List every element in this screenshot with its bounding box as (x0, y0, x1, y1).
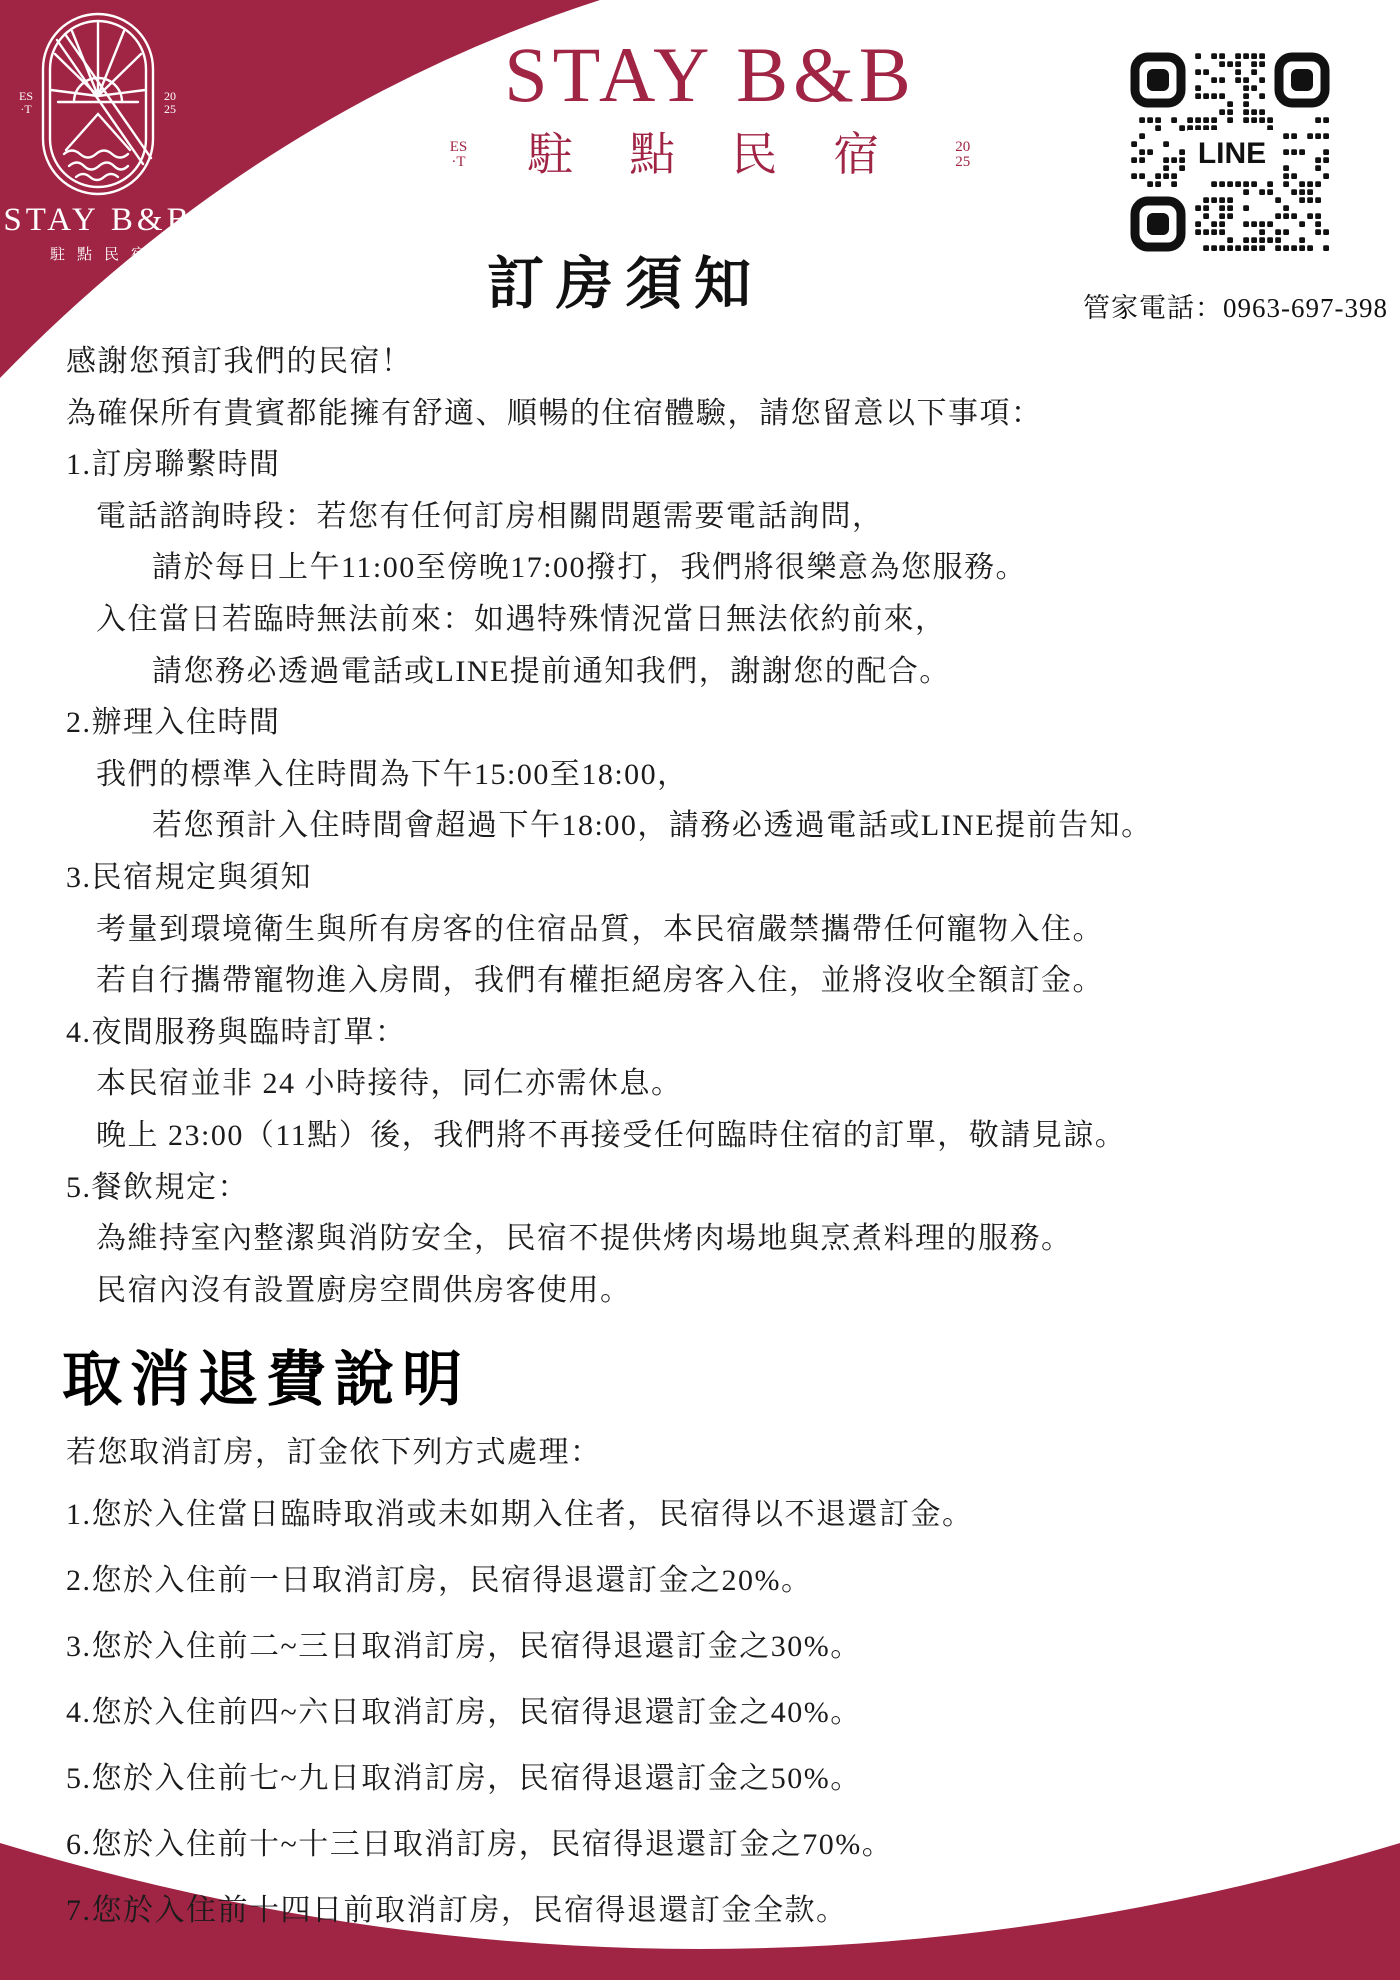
cancellation-item: 3.您於入住前二~三日取消訂房，民宿得退還訂金之30%。 (66, 1618, 1370, 1676)
cancellation-title: 取消退費說明 (62, 1332, 470, 1418)
notice-body: 感謝您預訂我們的民宿！ 為確保所有貴賓都能擁有舒適、順暢的住宿體驗，請您留意以下… (66, 336, 1370, 1316)
qr-code-icon: LINE (1128, 50, 1332, 254)
logo-wordmark: STAY B&B (2, 202, 194, 239)
notice-line: 感謝您預訂我們的民宿！ (66, 336, 1370, 388)
notice-line: 晚上 23:00（11點）後，我們將不再接受任何臨時住宿的訂單，敬請見諒。 (66, 1110, 1370, 1162)
notice-line: 1.訂房聯繫時間 (66, 439, 1370, 491)
line-qr-code: LINE (1128, 50, 1332, 254)
logo-subtitle: 駐點民宿 (2, 243, 194, 264)
cancellation-body: 若您取消訂房，訂金依下列方式處理： 1.您於入住當日臨時取消或未如期入住者，民宿… (66, 1428, 1370, 1940)
notice-line: 為維持室內整潔與消防安全，民宿不提供烤肉場地與烹煮料理的服務。 (66, 1213, 1370, 1265)
brand-subtitle-row: ES ·T 駐點民宿 20 25 (420, 130, 1000, 181)
cancellation-item: 2.您於入住前一日取消訂房，民宿得退還訂金之20%。 (66, 1552, 1370, 1610)
logo-est-top: ES (19, 89, 33, 103)
cancellation-item: 1.您於入住當日臨時取消或未如期入住者，民宿得以不退還訂金。 (66, 1486, 1370, 1544)
notice-line: 3.民宿規定與須知 (66, 852, 1370, 904)
notice-line: 4.夜間服務與臨時訂單： (66, 1007, 1370, 1059)
notice-line: 請於每日上午11:00至傍晚17:00撥打，我們將很樂意為您服務。 (66, 542, 1370, 594)
page-title: 訂房須知 (350, 238, 900, 320)
logo-year-bottom: 25 (164, 102, 176, 116)
notice-line: 為確保所有貴賓都能擁有舒適、順暢的住宿體驗，請您留意以下事項： (66, 388, 1370, 440)
cancellation-item: 6.您於入住前十~十三日取消訂房，民宿得退還訂金之70%。 (66, 1816, 1370, 1874)
notice-line: 民宿內沒有設置廚房空間供房客使用。 (66, 1265, 1370, 1317)
year-mark: 20 25 (955, 140, 970, 170)
brand-logo: ES ·T 20 25 STAY B&B 駐點民宿 (2, 10, 194, 264)
logo-est-bottom: ·T (20, 102, 32, 116)
masthead: STAY B&B ES ·T 駐點民宿 20 25 (420, 26, 1000, 180)
notice-line: 我們的標準入住時間為下午15:00至18:00， (66, 749, 1370, 801)
logo-year-top: 20 (164, 89, 176, 103)
qr-line-label: LINE (1198, 137, 1266, 170)
brand-title: STAY B&B (420, 26, 1000, 124)
notice-line: 入住當日若臨時無法前來：如遇特殊情況當日無法依約前來， (66, 594, 1370, 646)
notice-line: 5.餐飲規定： (66, 1162, 1370, 1214)
logo-mark-icon: ES ·T 20 25 (2, 10, 194, 200)
notice-line: 若自行攜帶寵物進入房間，我們有權拒絕房客入住，並將沒收全額訂金。 (66, 955, 1370, 1007)
notice-line: 電話諮詢時段：若您有任何訂房相關問題需要電話詢問， (66, 491, 1370, 543)
cancellation-item: 4.您於入住前四~六日取消訂房，民宿得退還訂金之40%。 (66, 1684, 1370, 1742)
est-mark: ES ·T (450, 140, 468, 170)
cancellation-item: 5.您於入住前七~九日取消訂房，民宿得退還訂金之50%。 (66, 1750, 1370, 1808)
booking-notice-page: ES ·T 20 25 STAY B&B 駐點民宿 STAY B&B ES ·T… (0, 0, 1400, 1980)
notice-line: 2.辦理入住時間 (66, 697, 1370, 749)
cancellation-item: 7.您於入住前十四日前取消訂房，民宿得退還訂金全款。 (66, 1882, 1370, 1940)
notice-line: 本民宿並非 24 小時接待，同仁亦需休息。 (66, 1058, 1370, 1110)
brand-subtitle: 駐點民宿 (487, 130, 935, 181)
notice-line: 考量到環境衛生與所有房客的住宿品質，本民宿嚴禁攜帶任何寵物入住。 (66, 904, 1370, 956)
notice-line: 請您務必透過電話或LINE提前通知我們，謝謝您的配合。 (66, 646, 1370, 698)
notice-line: 若您預計入住時間會超過下午18:00，請務必透過電話或LINE提前告知。 (66, 800, 1370, 852)
cancellation-intro: 若您取消訂房，訂金依下列方式處理： (66, 1428, 1370, 1478)
caretaker-phone: 管家電話：0963-697-398 (1083, 286, 1388, 325)
